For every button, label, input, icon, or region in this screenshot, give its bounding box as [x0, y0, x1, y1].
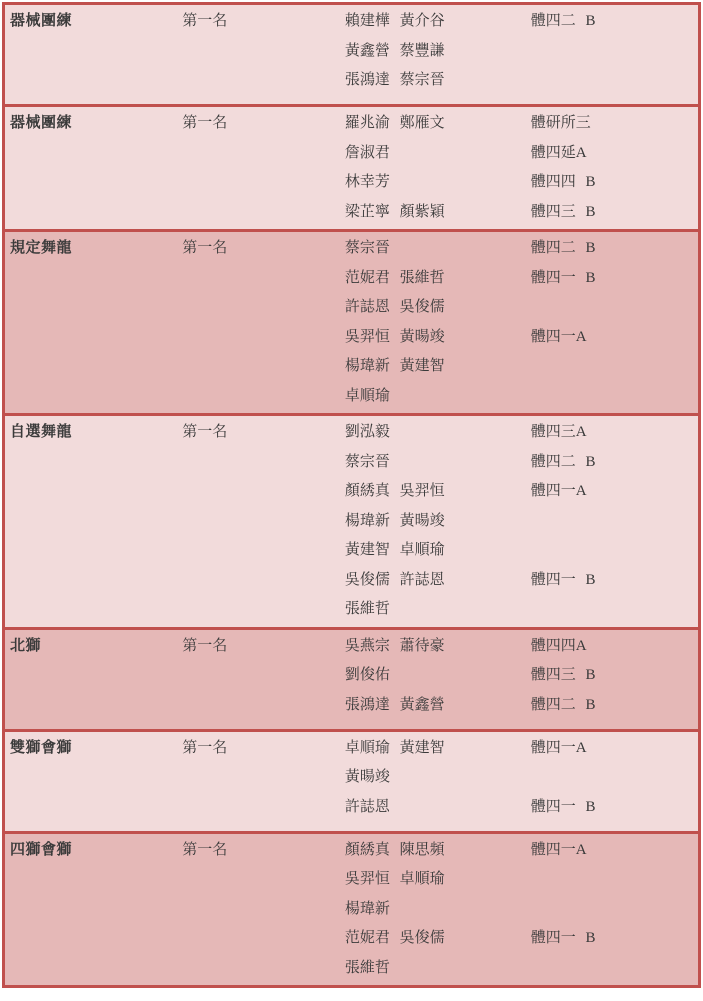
class-cell: 體四二 B [526, 4, 700, 106]
table-row: 器械團練第一名賴建樺 黃介谷黃鑫營 蔡豐謙張鴻達 蔡宗晉體四二 B [4, 4, 700, 106]
class-line [531, 595, 698, 625]
class-line: 體四四 B [531, 168, 698, 198]
event-cell: 四獅會獅 [4, 832, 178, 987]
results-table: 器械團練第一名賴建樺 黃介谷黃鑫營 蔡豐謙張鴻達 蔡宗晉體四二 B器械團練第一名… [2, 2, 701, 988]
event-label: 器械團練 [10, 109, 177, 139]
class-line: 體四三 B [531, 661, 698, 691]
names-line: 范妮君 張維哲 [345, 264, 526, 294]
names-cell: 吳燕宗 蕭待豪劉俊佑張鴻達 黃鑫營 [340, 628, 526, 730]
event-cell: 器械團練 [4, 106, 178, 231]
names-line: 范妮君 吳俊儒 [345, 924, 526, 954]
event-label: 自選舞龍 [10, 418, 177, 448]
event-label: 器械團練 [10, 7, 177, 37]
names-line: 許誌恩 [345, 793, 526, 823]
class-cell: 體研所三體四延A體四四 B體四三 B [526, 106, 700, 231]
class-line: 體四延A [531, 139, 698, 169]
class-line: 體四一A [531, 323, 698, 353]
names-cell: 顏綉真 陳思頻吳羿恒 卓順瑜楊瑋新范妮君 吳俊儒張維哲 [340, 832, 526, 987]
names-line: 許誌恩 吳俊儒 [345, 293, 526, 323]
class-line: 體四一 B [531, 566, 698, 596]
names-line: 楊瑋新 黃暘竣 [345, 507, 526, 537]
names-line: 楊瑋新 黃建智 [345, 352, 526, 382]
rank-cell: 第一名 [177, 415, 340, 629]
page: 器械團練第一名賴建樺 黃介谷黃鑫營 蔡豐謙張鴻達 蔡宗晉體四二 B器械團練第一名… [0, 0, 703, 1001]
table-row: 雙獅會獅第一名卓順瑜 黃建智黃暘竣許誌恩體四一A體四一 B [4, 730, 700, 832]
names-line: 吳羿恒 卓順瑜 [345, 865, 526, 895]
class-line: 體四一A [531, 734, 698, 764]
rank-label: 第一名 [182, 632, 340, 662]
class-line [531, 536, 698, 566]
names-line: 蔡宗晉 [345, 448, 526, 478]
class-cell: 體四三A體四二 B體四一A體四一 B [526, 415, 700, 629]
names-line: 楊瑋新 [345, 895, 526, 925]
event-cell: 北獅 [4, 628, 178, 730]
class-line [531, 66, 698, 96]
class-line [531, 865, 698, 895]
names-cell: 賴建樺 黃介谷黃鑫營 蔡豐謙張鴻達 蔡宗晉 [340, 4, 526, 106]
class-line: 體四二 B [531, 691, 698, 721]
event-label: 雙獅會獅 [10, 734, 177, 764]
names-line: 卓順瑜 黃建智 [345, 734, 526, 764]
names-cell: 羅兆渝 鄭雁文詹淑君林幸芳梁芷寧 顏紫穎 [340, 106, 526, 231]
class-line [531, 352, 698, 382]
class-line: 體四三A [531, 418, 698, 448]
names-line: 羅兆渝 鄭雁文 [345, 109, 526, 139]
class-line: 體四四A [531, 632, 698, 662]
event-cell: 器械團練 [4, 4, 178, 106]
class-line [531, 37, 698, 67]
class-line: 體四二 B [531, 7, 698, 37]
class-line: 體四一A [531, 477, 698, 507]
table-row: 自選舞龍第一名劉泓毅蔡宗晉顏綉真 吳羿恒楊瑋新 黃暘竣黃建智 卓順瑜吳俊儒 許誌… [4, 415, 700, 629]
names-line: 張鴻達 黃鑫營 [345, 691, 526, 721]
names-line: 吳燕宗 蕭待豪 [345, 632, 526, 662]
table-row: 規定舞龍第一名蔡宗晉范妮君 張維哲許誌恩 吳俊儒吳羿恒 黃暘竣楊瑋新 黃建智卓順… [4, 231, 700, 415]
class-cell: 體四二 B體四一 B體四一A [526, 231, 700, 415]
names-line: 顏綉真 陳思頻 [345, 836, 526, 866]
class-line: 體四三 B [531, 198, 698, 228]
class-cell: 體四一A體四一 B [526, 832, 700, 987]
names-line: 吳羿恒 黃暘竣 [345, 323, 526, 353]
class-line: 體四一 B [531, 793, 698, 823]
rank-cell: 第一名 [177, 231, 340, 415]
table-row: 器械團練第一名羅兆渝 鄭雁文詹淑君林幸芳梁芷寧 顏紫穎體研所三體四延A體四四 B… [4, 106, 700, 231]
names-line: 蔡宗晉 [345, 234, 526, 264]
table-row: 四獅會獅第一名顏綉真 陳思頻吳羿恒 卓順瑜楊瑋新范妮君 吳俊儒張維哲體四一A體四… [4, 832, 700, 987]
rank-label: 第一名 [182, 7, 340, 37]
names-line: 張鴻達 蔡宗晉 [345, 66, 526, 96]
event-cell: 自選舞龍 [4, 415, 178, 629]
names-line: 顏綉真 吳羿恒 [345, 477, 526, 507]
names-line: 詹淑君 [345, 139, 526, 169]
class-line [531, 382, 698, 412]
results-table-body: 器械團練第一名賴建樺 黃介谷黃鑫營 蔡豐謙張鴻達 蔡宗晉體四二 B器械團練第一名… [4, 4, 700, 987]
rank-cell: 第一名 [177, 4, 340, 106]
table-row: 北獅第一名吳燕宗 蕭待豪劉俊佑張鴻達 黃鑫營體四四A體四三 B體四二 B [4, 628, 700, 730]
names-cell: 蔡宗晉范妮君 張維哲許誌恩 吳俊儒吳羿恒 黃暘竣楊瑋新 黃建智卓順瑜 [340, 231, 526, 415]
names-line: 張維哲 [345, 954, 526, 984]
class-cell: 體四四A體四三 B體四二 B [526, 628, 700, 730]
names-line: 劉泓毅 [345, 418, 526, 448]
names-line: 劉俊佑 [345, 661, 526, 691]
names-cell: 劉泓毅蔡宗晉顏綉真 吳羿恒楊瑋新 黃暘竣黃建智 卓順瑜吳俊儒 許誌恩張維哲 [340, 415, 526, 629]
event-label: 北獅 [10, 632, 177, 662]
names-line: 梁芷寧 顏紫穎 [345, 198, 526, 228]
class-line [531, 293, 698, 323]
class-line [531, 763, 698, 793]
names-line: 黃暘竣 [345, 763, 526, 793]
class-line: 體研所三 [531, 109, 698, 139]
names-line: 黃建智 卓順瑜 [345, 536, 526, 566]
event-cell: 雙獅會獅 [4, 730, 178, 832]
names-line: 吳俊儒 許誌恩 [345, 566, 526, 596]
event-label: 規定舞龍 [10, 234, 177, 264]
rank-cell: 第一名 [177, 832, 340, 987]
event-cell: 規定舞龍 [4, 231, 178, 415]
names-line: 黃鑫營 蔡豐謙 [345, 37, 526, 67]
names-cell: 卓順瑜 黃建智黃暘竣許誌恩 [340, 730, 526, 832]
rank-cell: 第一名 [177, 730, 340, 832]
rank-label: 第一名 [182, 234, 340, 264]
rank-cell: 第一名 [177, 106, 340, 231]
class-cell: 體四一A體四一 B [526, 730, 700, 832]
class-line [531, 954, 698, 984]
rank-cell: 第一名 [177, 628, 340, 730]
names-line: 賴建樺 黃介谷 [345, 7, 526, 37]
class-line: 體四一A [531, 836, 698, 866]
class-line [531, 507, 698, 537]
names-line: 林幸芳 [345, 168, 526, 198]
class-line: 體四一 B [531, 264, 698, 294]
rank-label: 第一名 [182, 836, 340, 866]
rank-label: 第一名 [182, 109, 340, 139]
rank-label: 第一名 [182, 734, 340, 764]
class-line: 體四二 B [531, 234, 698, 264]
names-line: 張維哲 [345, 595, 526, 625]
event-label: 四獅會獅 [10, 836, 177, 866]
rank-label: 第一名 [182, 418, 340, 448]
names-line: 卓順瑜 [345, 382, 526, 412]
class-line: 體四二 B [531, 448, 698, 478]
class-line: 體四一 B [531, 924, 698, 954]
class-line [531, 895, 698, 925]
